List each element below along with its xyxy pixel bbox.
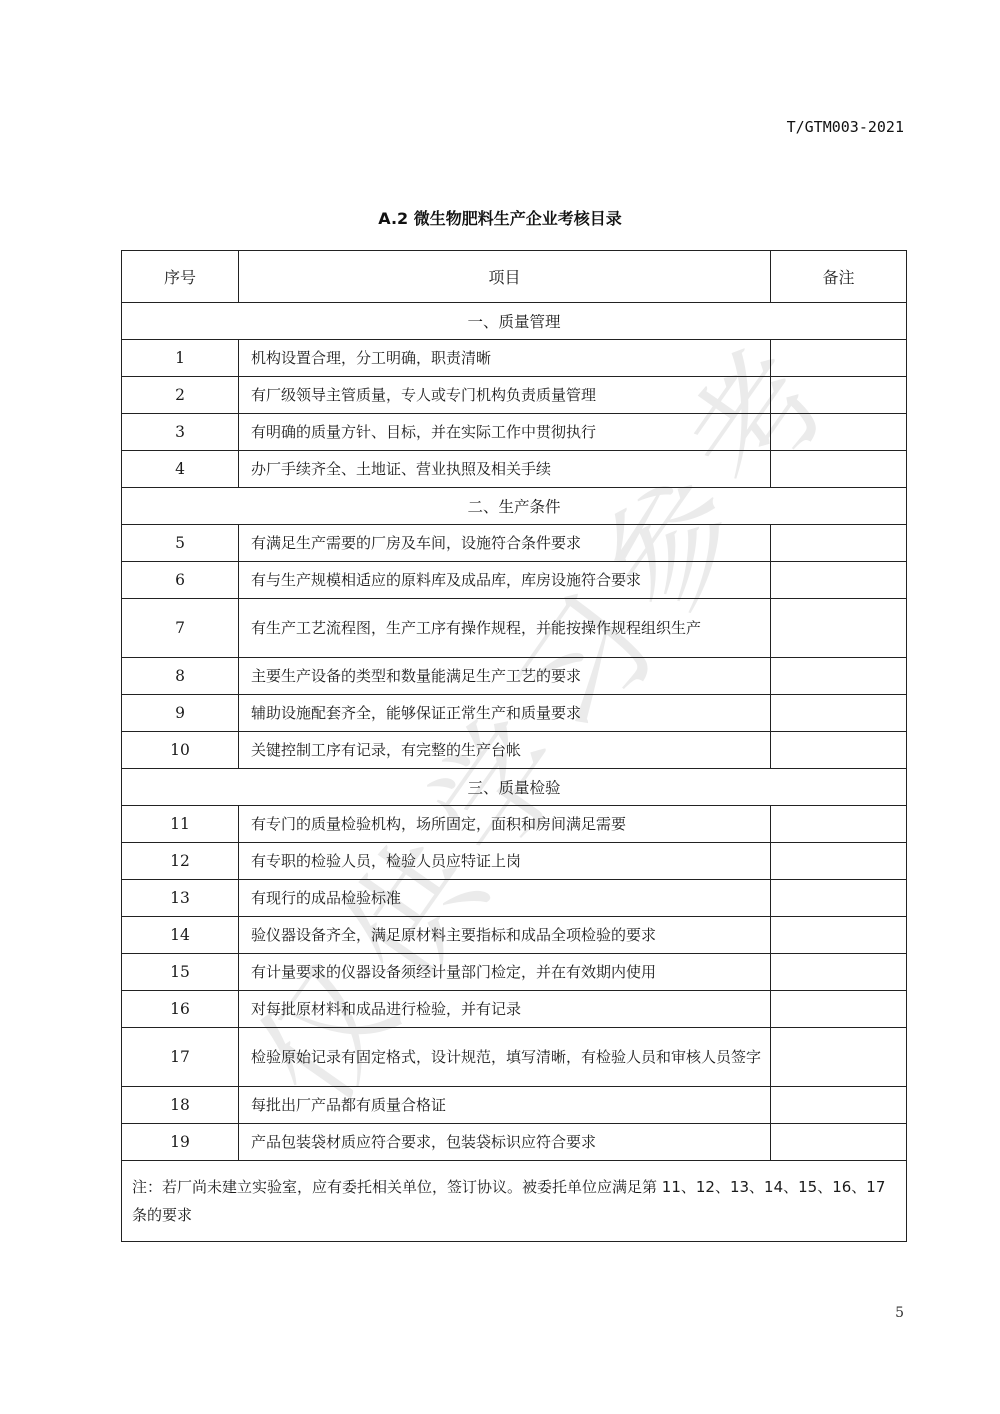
section-heading-row: 三、质量检验 [122,769,907,806]
row-item: 每批出厂产品都有质量合格证 [239,1087,771,1124]
row-seq: 13 [122,880,239,917]
row-note [771,658,907,695]
row-note [771,525,907,562]
section-heading: 二、生产条件 [122,488,907,525]
table-row: 15 有计量要求的仪器设备须经计量部门检定，并在有效期内使用 [122,954,907,991]
table-row: 9 辅助设施配套齐全，能够保证正常生产和质量要求 [122,695,907,732]
row-item: 有厂级领导主管质量，专人或专门机构负责质量管理 [239,377,771,414]
document-code: T/GTM003-2021 [787,118,904,136]
row-item: 有专职的检验人员，检验人员应特证上岗 [239,843,771,880]
table-row: 6 有与生产规模相适应的原料库及成品库，库房设施符合要求 [122,562,907,599]
row-note [771,695,907,732]
row-item: 关键控制工序有记录，有完整的生产台帐 [239,732,771,769]
table-row: 19 产品包装袋材质应符合要求，包装袋标识应符合要求 [122,1124,907,1161]
column-header-note: 备注 [771,251,907,303]
assessment-table: 序号 项目 备注 一、质量管理 1 机构设置合理，分工明确，职责清晰 2 有厂级… [121,250,907,1242]
section-heading-row: 二、生产条件 [122,488,907,525]
row-item: 产品包装袋材质应符合要求，包装袋标识应符合要求 [239,1124,771,1161]
table-row: 2 有厂级领导主管质量，专人或专门机构负责质量管理 [122,377,907,414]
table-row: 18 每批出厂产品都有质量合格证 [122,1087,907,1124]
row-item: 对每批原材料和成品进行检验，并有记录 [239,991,771,1028]
table-row: 17 检验原始记录有固定格式，设计规范，填写清晰，有检验人员和审核人员签字 [122,1028,907,1087]
row-item: 有生产工艺流程图，生产工序有操作规程，并能按操作规程组织生产 [239,599,771,658]
row-note [771,843,907,880]
row-seq: 16 [122,991,239,1028]
table-row: 12 有专职的检验人员，检验人员应特证上岗 [122,843,907,880]
row-seq: 19 [122,1124,239,1161]
row-note [771,1124,907,1161]
row-seq: 5 [122,525,239,562]
table-title: A.2 微生物肥料生产企业考核目录 [0,206,1000,229]
table-row: 7 有生产工艺流程图，生产工序有操作规程，并能按操作规程组织生产 [122,599,907,658]
row-item: 有明确的质量方针、目标，并在实际工作中贯彻执行 [239,414,771,451]
section-heading: 一、质量管理 [122,303,907,340]
row-seq: 2 [122,377,239,414]
row-item: 有计量要求的仪器设备须经计量部门检定，并在有效期内使用 [239,954,771,991]
row-seq: 7 [122,599,239,658]
row-seq: 15 [122,954,239,991]
row-item: 有专门的质量检验机构，场所固定，面积和房间满足需要 [239,806,771,843]
row-item: 机构设置合理，分工明确，职责清晰 [239,340,771,377]
row-seq: 18 [122,1087,239,1124]
row-note [771,880,907,917]
row-note [771,732,907,769]
row-item: 验仪器设备齐全，满足原材料主要指标和成品全项检验的要求 [239,917,771,954]
row-seq: 3 [122,414,239,451]
row-item: 检验原始记录有固定格式，设计规范，填写清晰，有检验人员和审核人员签字 [239,1028,771,1087]
row-seq: 6 [122,562,239,599]
row-note [771,1087,907,1124]
table-row: 3 有明确的质量方针、目标，并在实际工作中贯彻执行 [122,414,907,451]
row-note [771,377,907,414]
row-note [771,562,907,599]
table-row: 16 对每批原材料和成品进行检验，并有记录 [122,991,907,1028]
table-row: 4 办厂手续齐全、土地证、营业执照及相关手续 [122,451,907,488]
row-note [771,991,907,1028]
table-row: 1 机构设置合理，分工明确，职责清晰 [122,340,907,377]
row-seq: 10 [122,732,239,769]
row-note [771,954,907,991]
row-seq: 8 [122,658,239,695]
row-seq: 9 [122,695,239,732]
row-note [771,806,907,843]
page-number: 5 [895,1305,904,1321]
row-item: 办厂手续齐全、土地证、营业执照及相关手续 [239,451,771,488]
row-item: 有满足生产需要的厂房及车间，设施符合条件要求 [239,525,771,562]
row-item: 有与生产规模相适应的原料库及成品库，库房设施符合要求 [239,562,771,599]
table-header-row: 序号 项目 备注 [122,251,907,303]
row-note [771,917,907,954]
row-item: 有现行的成品检验标准 [239,880,771,917]
table-row: 11 有专门的质量检验机构，场所固定，面积和房间满足需要 [122,806,907,843]
table-row: 13 有现行的成品检验标准 [122,880,907,917]
column-header-seq: 序号 [122,251,239,303]
column-header-item: 项目 [239,251,771,303]
row-seq: 12 [122,843,239,880]
table-row: 8 主要生产设备的类型和数量能满足生产工艺的要求 [122,658,907,695]
row-seq: 11 [122,806,239,843]
row-item: 主要生产设备的类型和数量能满足生产工艺的要求 [239,658,771,695]
row-seq: 17 [122,1028,239,1087]
row-seq: 1 [122,340,239,377]
row-note [771,414,907,451]
row-note [771,451,907,488]
row-note [771,1028,907,1087]
table-row: 5 有满足生产需要的厂房及车间，设施符合条件要求 [122,525,907,562]
table-row: 14 验仪器设备齐全，满足原材料主要指标和成品全项检验的要求 [122,917,907,954]
row-note [771,340,907,377]
footnote-row: 注：若厂尚未建立实验室，应有委托相关单位，签订协议。被委托单位应满足第 11、1… [122,1161,907,1242]
section-heading-row: 一、质量管理 [122,303,907,340]
row-item: 辅助设施配套齐全，能够保证正常生产和质量要求 [239,695,771,732]
table-footnote: 注：若厂尚未建立实验室，应有委托相关单位，签订协议。被委托单位应满足第 11、1… [122,1161,907,1242]
row-note [771,599,907,658]
section-heading: 三、质量检验 [122,769,907,806]
table-row: 10 关键控制工序有记录，有完整的生产台帐 [122,732,907,769]
row-seq: 4 [122,451,239,488]
row-seq: 14 [122,917,239,954]
